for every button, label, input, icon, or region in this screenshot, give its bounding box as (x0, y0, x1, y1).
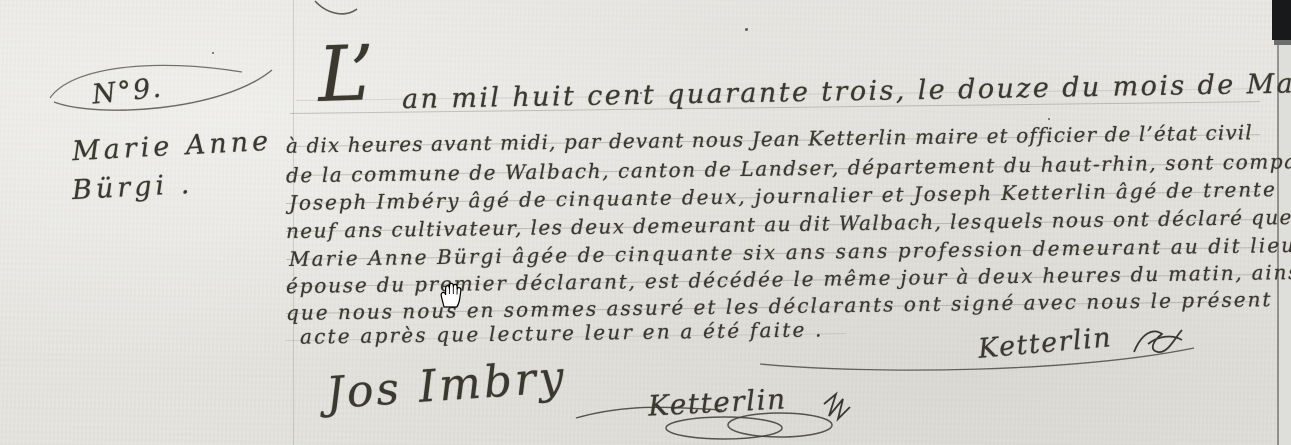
scan-corner-dark (1272, 0, 1291, 40)
ink-speck (212, 52, 214, 54)
margin-name-line1: Marie Anne (71, 126, 272, 167)
margin-name-line2: Bürgi . (71, 169, 194, 206)
top-flourish (313, 0, 359, 20)
signature-witness: Jos Imbry (325, 352, 569, 420)
ink-speck (745, 28, 748, 31)
body-line-1: an mil huit cent quarante trois, le douz… (402, 68, 1291, 115)
margin-number-swash (46, 56, 281, 120)
official-paraph-icon (1128, 322, 1188, 362)
document-page[interactable]: N°9. Marie Anne Bürgi . L’ an mil huit c… (0, 0, 1291, 445)
scan-corner-shadow (1274, 40, 1291, 45)
hand-cursor-icon (436, 281, 463, 309)
ink-speck (1048, 118, 1050, 120)
body-drop-initial: L’ (317, 35, 376, 113)
